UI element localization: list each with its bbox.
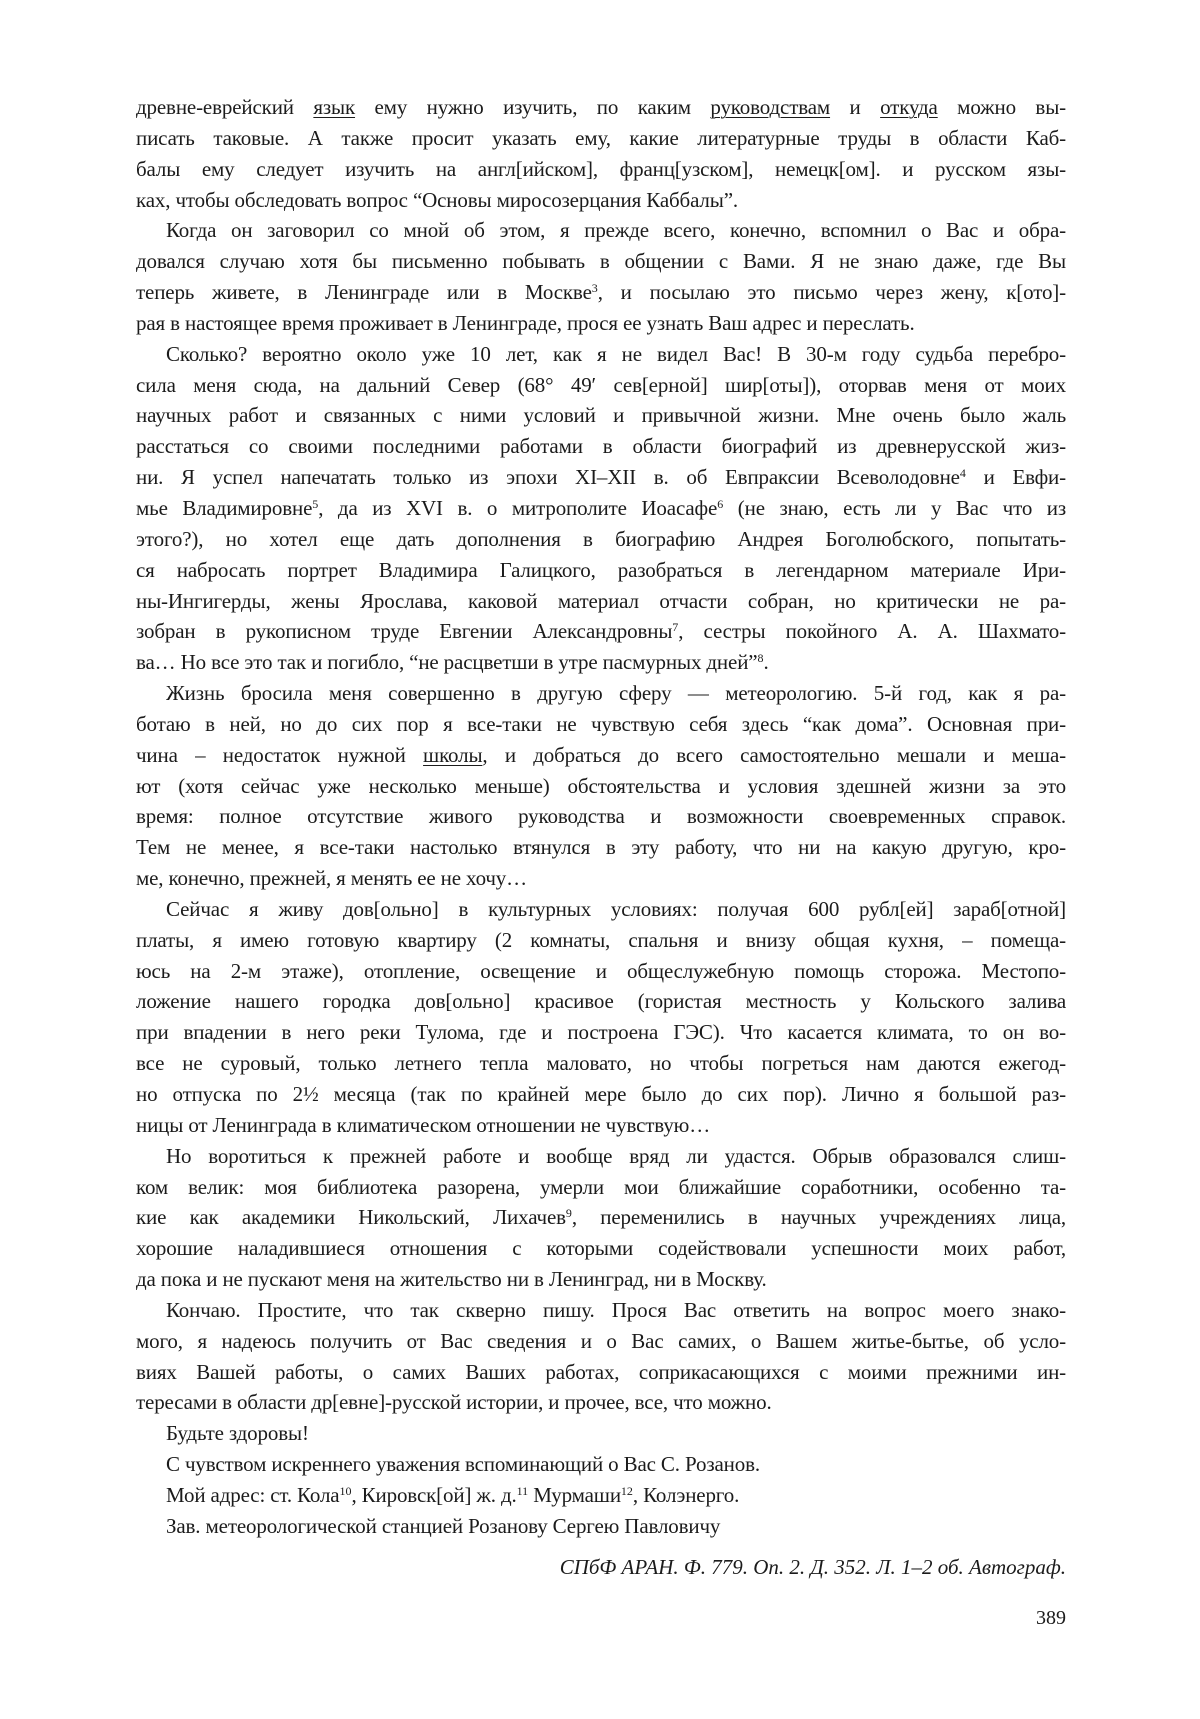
text-segment: научных работ и связанных с ними условий… — [136, 403, 1066, 427]
text-segment: Тем не менее, я все-таки настолько втяну… — [136, 835, 1066, 859]
letter-line: ме, конечно, прежней, я менять ее не хоч… — [136, 863, 1066, 894]
letter-line: ны-Ингигерды, жены Ярослава, каковой мат… — [136, 586, 1066, 617]
text-segment: все не суровый, только летнего тепла мал… — [136, 1051, 1066, 1075]
page-number: 389 — [136, 1604, 1066, 1632]
text-segment: хорошие наладившиеся отношения с которым… — [136, 1236, 1066, 1260]
text-segment: ны-Ингигерды, жены Ярослава, каковой мат… — [136, 589, 1066, 613]
letter-line: С чувством искреннего уважения вспоминаю… — [136, 1449, 1066, 1480]
text-segment: и Евфи- — [966, 465, 1066, 489]
letter-line: Тем не менее, я все-таки настолько втяну… — [136, 832, 1066, 863]
letter-line: сила меня сюда, на дальний Север (68° 49… — [136, 370, 1066, 401]
text-segment: , и посылаю это письмо через жену, к[ото… — [598, 280, 1066, 304]
text-segment: ботаю в ней, но до сих пор я все-таки не… — [136, 712, 1066, 736]
letter-line: Сейчас я живу дов[ольно] в культурных ус… — [136, 894, 1066, 925]
paragraph: Зав. метеорологической станцией Розанову… — [136, 1511, 1066, 1542]
text-segment: Будьте здоровы! — [166, 1421, 309, 1445]
paragraph: Сейчас я живу дов[ольно] в культурных ус… — [136, 894, 1066, 1141]
footnote-marker: 12 — [621, 1484, 633, 1498]
paragraph: Кончаю. Простите, что так скверно пишу. … — [136, 1295, 1066, 1418]
letter-body: древне-еврейский язык ему нужно изучить,… — [136, 92, 1066, 1542]
text-segment: ницы от Ленинграда в климатическом отнош… — [136, 1113, 710, 1137]
letter-line: хорошие наладившиеся отношения с которым… — [136, 1233, 1066, 1264]
letter-line: рая в настоящее время проживает в Ленинг… — [136, 308, 1066, 339]
text-segment: ни. Я успел напечатать только из эпохи X… — [136, 465, 960, 489]
text-segment: Жизнь бросила меня совершенно в другую с… — [166, 681, 1066, 705]
underlined-text: школы — [423, 743, 482, 767]
text-segment: , переменились в научных учреждениях лиц… — [572, 1205, 1066, 1229]
archive-reference: СПбФ АРАН. Ф. 779. Оп. 2. Д. 352. Л. 1–2… — [136, 1552, 1066, 1583]
text-segment: ком велик: моя библиотека разорена, умер… — [136, 1175, 1066, 1199]
footnote-marker: 11 — [517, 1484, 529, 1498]
footnote-marker: 10 — [339, 1484, 351, 1498]
text-segment: Но воротиться к прежней работе и вообще … — [166, 1144, 1066, 1168]
letter-line: ложение нашего городка дов[ольно] красив… — [136, 986, 1066, 1017]
text-segment: (не знаю, есть ли у Вас что из — [723, 496, 1066, 520]
text-segment: зобран в рукописном труде Евгении Алекса… — [136, 619, 672, 643]
paragraph: Сколько? вероятно около уже 10 лет, как … — [136, 339, 1066, 678]
text-segment: , да из XVI в. о митрополите Иоасафе — [318, 496, 717, 520]
text-segment: С чувством искреннего уважения вспоминаю… — [166, 1452, 760, 1476]
letter-line: писать таковые. А также просит указать е… — [136, 123, 1066, 154]
text-segment: древне-еврейский — [136, 95, 313, 119]
letter-line: все не суровый, только летнего тепла мал… — [136, 1048, 1066, 1079]
letter-line: зобран в рукописном труде Евгении Алекса… — [136, 616, 1066, 647]
paragraph: Будьте здоровы! — [136, 1418, 1066, 1449]
text-segment: но отпуска по 2½ месяца (так по крайней … — [136, 1082, 1066, 1106]
text-segment: ме, конечно, прежней, я менять ее не хоч… — [136, 866, 527, 890]
letter-line: ботаю в ней, но до сих пор я все-таки не… — [136, 709, 1066, 740]
text-segment: рая в настоящее время проживает в Ленинг… — [136, 311, 915, 335]
text-segment: Мурмаши — [528, 1483, 621, 1507]
text-segment: , Колэнерго. — [633, 1483, 739, 1507]
letter-line: ют (хотя сейчас уже несколько меньше) об… — [136, 771, 1066, 802]
letter-line: кие как академики Никольский, Лихачев9, … — [136, 1202, 1066, 1233]
text-segment: писать таковые. А также просит указать е… — [136, 126, 1066, 150]
text-segment: и — [830, 95, 880, 119]
letter-line: ся набросать портрет Владимира Галицкого… — [136, 555, 1066, 586]
text-segment: теперь живете, в Ленинграде или в Москве — [136, 280, 592, 304]
text-segment: ся набросать портрет Владимира Галицкого… — [136, 558, 1066, 582]
text-segment: мого, я надеюсь получить от Вас сведения… — [136, 1329, 1066, 1353]
letter-line: Зав. метеорологической станцией Розанову… — [136, 1511, 1066, 1542]
letter-line: ни. Я успел напечатать только из эпохи X… — [136, 462, 1066, 493]
letter-line: но отпуска по 2½ месяца (так по крайней … — [136, 1079, 1066, 1110]
letter-line: виях Вашей работы, о самих Ваших работах… — [136, 1357, 1066, 1388]
text-segment: мье Владимировне — [136, 496, 312, 520]
letter-line: ва… Но все это так и погибло, “не расцве… — [136, 647, 1066, 678]
letter-line: ком велик: моя библиотека разорена, умер… — [136, 1172, 1066, 1203]
text-segment: ют (хотя сейчас уже несколько меньше) об… — [136, 774, 1066, 798]
letter-line: время: полное отсутствие живого руководс… — [136, 801, 1066, 832]
letter-line: Жизнь бросила меня совершенно в другую с… — [136, 678, 1066, 709]
letter-line: Будьте здоровы! — [136, 1418, 1066, 1449]
paragraph: древне-еврейский язык ему нужно изучить,… — [136, 92, 1066, 215]
text-segment: Когда он заговорил со мной об этом, я пр… — [166, 218, 1066, 242]
letter-line: расстаться со своими последними работами… — [136, 431, 1066, 462]
letter-line: мье Владимировне5, да из XVI в. о митроп… — [136, 493, 1066, 524]
text-segment: Кончаю. Простите, что так скверно пишу. … — [166, 1298, 1066, 1322]
letter-line: ницы от Ленинграда в климатическом отнош… — [136, 1110, 1066, 1141]
letter-line: Кончаю. Простите, что так скверно пишу. … — [136, 1295, 1066, 1326]
text-segment: Зав. метеорологической станцией Розанову… — [166, 1514, 720, 1538]
text-segment: ва… Но все это так и погибло, “не расцве… — [136, 650, 757, 674]
underlined-text: руководствам — [710, 95, 830, 119]
text-segment: юсь на 2-м этаже), отопление, освещение … — [136, 959, 1066, 983]
text-segment: балы ему следует изучить на англ[ийском]… — [136, 157, 1066, 181]
text-segment: , сестры покойного А. А. Шахмато- — [678, 619, 1066, 643]
text-segment: время: полное отсутствие живого руководс… — [136, 804, 1066, 828]
letter-line: чина – недостаток нужной школы, и добрат… — [136, 740, 1066, 771]
letter-line: да пока и не пускают меня на жительство … — [136, 1264, 1066, 1295]
text-segment: да пока и не пускают меня на жительство … — [136, 1267, 767, 1291]
text-segment: ложение нашего городка дов[ольно] красив… — [136, 989, 1066, 1013]
letter-line: мого, я надеюсь получить от Вас сведения… — [136, 1326, 1066, 1357]
letter-line: научных работ и связанных с ними условий… — [136, 400, 1066, 431]
text-segment: Сколько? вероятно около уже 10 лет, как … — [166, 342, 1066, 366]
letter-line: Сколько? вероятно около уже 10 лет, как … — [136, 339, 1066, 370]
text-segment: при впадении в него реки Тулома, где и п… — [136, 1020, 1066, 1044]
text-segment: кие как академики Никольский, Лихачев — [136, 1205, 566, 1229]
underlined-text: откуда — [880, 95, 938, 119]
text-segment: этого?), но хотел еще дать дополнения в … — [136, 527, 1066, 551]
text-segment: ему нужно изучить, по каким — [355, 95, 710, 119]
letter-line: при впадении в него реки Тулома, где и п… — [136, 1017, 1066, 1048]
letter-line: Мой адрес: ст. Кола10, Кировск[ой] ж. д.… — [136, 1480, 1066, 1511]
letter-line: древне-еврейский язык ему нужно изучить,… — [136, 92, 1066, 123]
text-segment: можно вы- — [938, 95, 1066, 119]
text-segment: довался случаю хотя бы письменно побыват… — [136, 249, 1066, 273]
text-segment: . — [763, 650, 768, 674]
text-segment: чина – недостаток нужной — [136, 743, 423, 767]
text-segment: ках, чтобы обследовать вопрос “Основы ми… — [136, 188, 738, 212]
text-segment: расстаться со своими последними работами… — [136, 434, 1066, 458]
letter-line: довался случаю хотя бы письменно побыват… — [136, 246, 1066, 277]
paragraph: Но воротиться к прежней работе и вообще … — [136, 1141, 1066, 1295]
letter-line: юсь на 2-м этаже), отопление, освещение … — [136, 956, 1066, 987]
letter-line: балы ему следует изучить на англ[ийском]… — [136, 154, 1066, 185]
letter-line: этого?), но хотел еще дать дополнения в … — [136, 524, 1066, 555]
paragraph: Жизнь бросила меня совершенно в другую с… — [136, 678, 1066, 894]
letter-line: Когда он заговорил со мной об этом, я пр… — [136, 215, 1066, 246]
paragraph: Когда он заговорил со мной об этом, я пр… — [136, 215, 1066, 338]
text-segment: Мой адрес: ст. Кола — [166, 1483, 339, 1507]
text-segment: , Кировск[ой] ж. д. — [351, 1483, 516, 1507]
text-segment: тересами в области др[евне]-русской исто… — [136, 1390, 772, 1414]
paragraph: Мой адрес: ст. Кола10, Кировск[ой] ж. д.… — [136, 1480, 1066, 1511]
letter-line: теперь живете, в Ленинграде или в Москве… — [136, 277, 1066, 308]
text-segment: , и добраться до всего самостоятельно ме… — [482, 743, 1066, 767]
text-segment: сила меня сюда, на дальний Север (68° 49… — [136, 373, 1066, 397]
letter-line: ках, чтобы обследовать вопрос “Основы ми… — [136, 185, 1066, 216]
letter-line: платы, я имею готовую квартиру (2 комнат… — [136, 925, 1066, 956]
text-segment: Сейчас я живу дов[ольно] в культурных ус… — [166, 897, 1066, 921]
underlined-text: язык — [313, 95, 355, 119]
paragraph: С чувством искреннего уважения вспоминаю… — [136, 1449, 1066, 1480]
letter-line: тересами в области др[евне]-русской исто… — [136, 1387, 1066, 1418]
text-segment: виях Вашей работы, о самих Ваших работах… — [136, 1360, 1066, 1384]
book-page: древне-еврейский язык ему нужно изучить,… — [0, 0, 1200, 1719]
letter-line: Но воротиться к прежней работе и вообще … — [136, 1141, 1066, 1172]
text-segment: платы, я имею готовую квартиру (2 комнат… — [136, 928, 1066, 952]
